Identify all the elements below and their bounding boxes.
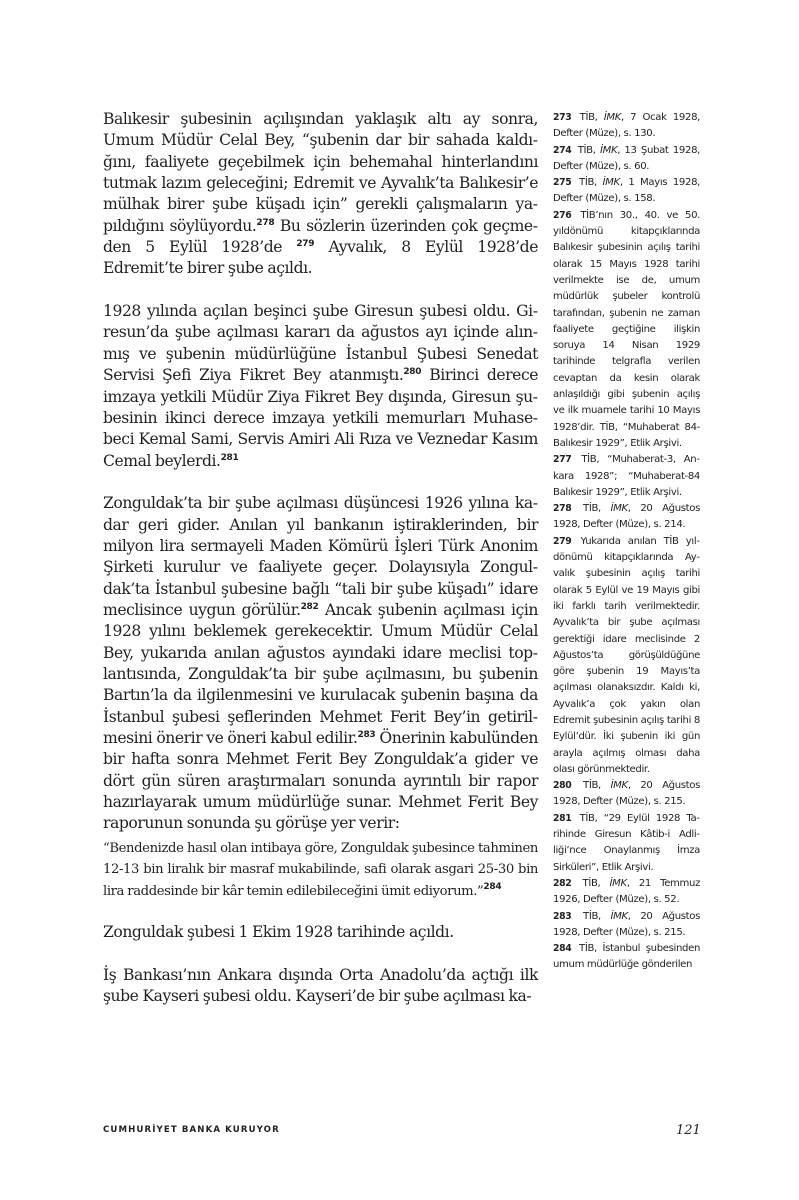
footnote-number: 273 — [553, 112, 571, 123]
footnote-282: 282 TİB, İMK, 21 Temmuz 1926, Defter (Mü… — [553, 876, 700, 909]
page-number: 121 — [676, 1123, 701, 1138]
footnote-274: 274 TİB, İMK, 13 Şubat 1928, Defter (Müz… — [553, 143, 700, 176]
block-quote: “Bendenizde hasıl olan intibaya göre, Zo… — [103, 838, 538, 903]
footnote-reference: 280 — [403, 367, 421, 377]
footnote-number: 284 — [553, 943, 571, 954]
footnote-reference: 283 — [358, 730, 376, 740]
footnote-number: 277 — [553, 454, 571, 465]
footnote-number: 283 — [553, 911, 571, 922]
footnote-number: 278 — [553, 503, 571, 514]
footnote-reference: 278 — [256, 218, 274, 228]
footnote-reference: 279 — [296, 239, 314, 249]
footnote-284: 284 TİB, İstanbul şubesinden umum müdürl… — [553, 941, 700, 974]
footnote-number: 282 — [553, 878, 571, 889]
footnote-273: 273 TİB, İMK, 7 Ocak 1928, Defter (Müze)… — [553, 110, 700, 143]
footnote-281: 281 TİB, “29 Eylül 1928 Ta­rihinde Gires… — [553, 811, 700, 876]
footnotes-column: 273 TİB, İMK, 7 Ocak 1928, Defter (Müze)… — [553, 110, 700, 974]
footnote-276: 276 TİB’nın 30., 40. ve 50. yıldönümü ki… — [553, 208, 700, 452]
footnote-279: 279 Yukarıda anılan TİB yıl­dönümü kitap… — [553, 534, 700, 778]
running-title: CUMHURİYET BANKA KURUYOR — [103, 1125, 280, 1135]
footnote-reference: 282 — [301, 602, 319, 612]
footnote-277: 277 TİB, “Muhaberat-3, An­kara 1928”; “M… — [553, 452, 700, 501]
footnote-280: 280 TİB, İMK, 20 Ağustos 1928, Defter (M… — [553, 778, 700, 811]
main-text-column: Balıkesir şubesinin açılışından yaklaşık… — [103, 109, 538, 1008]
paragraph-balikesir: Balıkesir şubesinin açılışından yaklaşık… — [103, 109, 538, 280]
paragraph-kayseri: İş Bankası’nın Ankara dışında Orta Anado… — [103, 965, 538, 1008]
paragraph-giresun: 1928 yılında açılan beşinci şube Giresun… — [103, 301, 538, 472]
paragraph-zonguldak-opened: Zonguldak şubesi 1 Ekim 1928 tarihinde a… — [103, 922, 538, 943]
footnote-reference: 284 — [483, 882, 501, 892]
footnote-number: 280 — [553, 780, 571, 791]
footnote-283: 283 TİB, İMK, 20 Ağustos 1928, Defter (M… — [553, 909, 700, 942]
footnote-number: 281 — [553, 813, 571, 824]
footnote-number: 275 — [553, 177, 571, 188]
footnote-number: 279 — [553, 536, 571, 547]
footnote-275: 275 TİB, İMK, 1 Mayıs 1928, Defter (Müze… — [553, 175, 700, 208]
footnote-number: 276 — [553, 210, 571, 221]
footnote-278: 278 TİB, İMK, 20 Ağustos 1928, Defter (M… — [553, 501, 700, 534]
paragraph-zonguldak: Zonguldak’ta bir şube açılması düşüncesi… — [103, 493, 538, 835]
footnote-number: 274 — [553, 145, 571, 156]
footnote-reference: 281 — [221, 453, 239, 463]
